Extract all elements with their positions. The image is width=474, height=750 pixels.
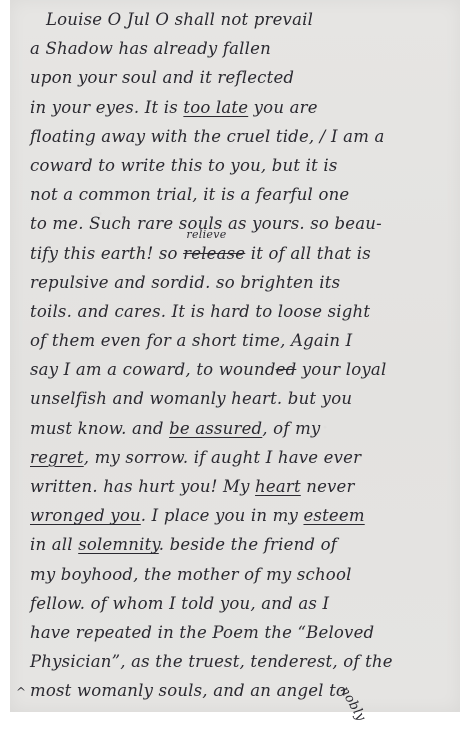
letter-line: wronged you. I place you in my esteem bbox=[30, 501, 454, 530]
underlined-text: too late bbox=[183, 98, 248, 117]
letter-line: Physician”, as the truest, tenderest, of… bbox=[30, 647, 454, 676]
corrected-word: releaserelieve bbox=[183, 239, 245, 268]
underlined-text: solemnity bbox=[78, 535, 159, 554]
letter-line: in all solemnity. beside the friend of bbox=[30, 530, 454, 559]
letter-text: coward to write this to you, but it is bbox=[30, 156, 338, 175]
letter-line: ^most womanly souls, and an angel to nob… bbox=[30, 676, 454, 705]
letter-text: tify this earth! so bbox=[30, 244, 183, 263]
letter-line: repulsive and sordid. so brighten its bbox=[30, 268, 454, 297]
letter-line: tify this earth! so releaserelieve it of… bbox=[30, 239, 454, 268]
letter-line: upon your soul and it reflected bbox=[30, 63, 454, 92]
letter-text: never bbox=[301, 477, 355, 496]
letter-line: must know. and be assured, of my bbox=[30, 414, 454, 443]
letter-line: my boyhood, the mother of my school bbox=[30, 560, 454, 589]
underlined-text: be assured bbox=[169, 419, 262, 438]
letter-text: in your eyes. It is bbox=[30, 98, 183, 117]
letter-text: a Shadow has already fallen bbox=[30, 39, 271, 58]
letter-text: Physician”, as the truest, tenderest, of… bbox=[30, 652, 393, 671]
letter-text: it of all that is bbox=[245, 244, 371, 263]
letter-text: say I am a coward, to wound bbox=[30, 360, 276, 379]
underlined-text: esteem bbox=[303, 506, 364, 525]
letter-text: have repeated in the Poem the “Beloved bbox=[30, 623, 374, 642]
letter-line: to me. Such rare souls as yours. so beau… bbox=[30, 209, 454, 238]
letter-text: , of my bbox=[262, 419, 320, 438]
letter-line: written. has hurt you! My heart never bbox=[30, 472, 454, 501]
letter-line: not a common trial, it is a fearful one bbox=[30, 180, 454, 209]
underlined-text: heart bbox=[255, 477, 301, 496]
scan-background: Louise O Jul O shall not prevaila Shadow… bbox=[0, 0, 474, 750]
letter-text: unselfish and womanly heart. but you bbox=[30, 389, 352, 408]
letter-line: Louise O Jul O shall not prevail bbox=[30, 5, 454, 34]
letter-text: . I place you in my bbox=[141, 506, 304, 525]
letter-text: of them even for a short time, Again I bbox=[30, 331, 352, 350]
letter-text: Louise O Jul O shall not prevail bbox=[46, 10, 313, 29]
letter-line: toils. and cares. It is hard to loose si… bbox=[30, 297, 454, 326]
underlined-text: wronged you bbox=[30, 506, 141, 525]
letter-text: not a common trial, it is a fearful one bbox=[30, 185, 349, 204]
letter-line: fellow. of whom I told you, and as I bbox=[30, 589, 454, 618]
letter-text: you are bbox=[248, 98, 317, 117]
letter-lines: Louise O Jul O shall not prevaila Shadow… bbox=[30, 5, 454, 706]
letter-text: written. has hurt you! My bbox=[30, 477, 255, 496]
struck-text: release bbox=[183, 244, 245, 263]
letter-text: your loyal bbox=[296, 360, 386, 379]
letter-line: say I am a coward, to wounded your loyal bbox=[30, 355, 454, 384]
letter-line: regret, my sorrow. if aught I have ever bbox=[30, 443, 454, 472]
letter-page: Louise O Jul O shall not prevaila Shadow… bbox=[10, 0, 460, 712]
underlined-text: regret bbox=[30, 448, 84, 467]
letter-line: a Shadow has already fallen bbox=[30, 34, 454, 63]
letter-text: floating away with the cruel tide, / I a… bbox=[30, 127, 385, 146]
letter-line: floating away with the cruel tide, / I a… bbox=[30, 122, 454, 151]
letter-text: fellow. of whom I told you, and as I bbox=[30, 594, 329, 613]
letter-text: , my sorrow. if aught I have ever bbox=[84, 448, 362, 467]
letter-line: unselfish and womanly heart. but you bbox=[30, 384, 454, 413]
struck-text: ed bbox=[276, 360, 297, 379]
letter-line: in your eyes. It is too late you are bbox=[30, 93, 454, 122]
letter-text: toils. and cares. It is hard to loose si… bbox=[30, 302, 370, 321]
letter-text: my boyhood, the mother of my school bbox=[30, 565, 352, 584]
letter-line: have repeated in the Poem the “Beloved bbox=[30, 618, 454, 647]
letter-line: of them even for a short time, Again I bbox=[30, 326, 454, 355]
letter-text: . beside the friend of bbox=[159, 535, 337, 554]
letter-text: repulsive and sordid. so brighten its bbox=[30, 273, 340, 292]
letter-text: most womanly souls, and an angel to bbox=[30, 681, 352, 700]
letter-text: upon your soul and it reflected bbox=[30, 68, 294, 87]
insertion-text: relieve bbox=[186, 229, 226, 240]
letter-text: in all bbox=[30, 535, 78, 554]
letter-line: coward to write this to you, but it is bbox=[30, 151, 454, 180]
letter-text: must know. and bbox=[30, 419, 169, 438]
